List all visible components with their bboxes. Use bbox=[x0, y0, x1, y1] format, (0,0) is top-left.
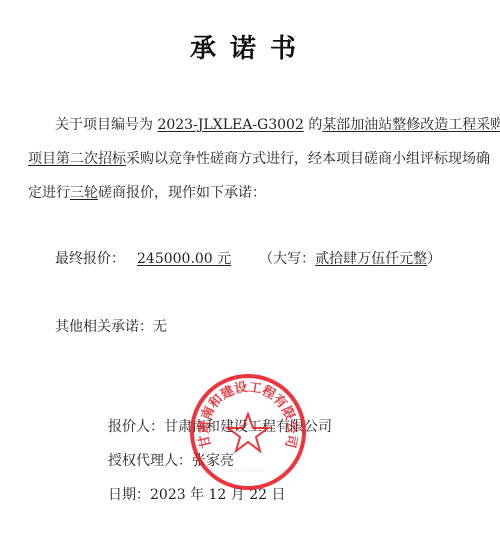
project-name-part2: 项目第二次招标 bbox=[28, 151, 126, 167]
text: 关于项目编号为 bbox=[55, 117, 153, 133]
bidder-row: 报价人：甘肃南和建设工程有限公司 bbox=[108, 418, 332, 436]
date-label: 日期： bbox=[108, 487, 150, 503]
other-value: 无 bbox=[153, 319, 167, 335]
date-row: 日期：2023 年 12 月 22 日 bbox=[108, 486, 286, 504]
document-page: 承诺书 关于项目编号为 2023-JLXLEA-G3002 的某部加油站整修改造… bbox=[0, 0, 500, 539]
text: 磋商报价，现作如下承诺： bbox=[98, 185, 266, 201]
uppercase-open: （大写： bbox=[259, 251, 315, 267]
agent-label: 授权代理人： bbox=[108, 453, 192, 469]
paragraph-line-2: 项目第二次招标采购以竞争性磋商方式进行，经本项目磋商小组评标现场确 bbox=[28, 150, 490, 168]
rounds: 三轮 bbox=[70, 185, 98, 201]
project-number: 2023-JLXLEA-G3002 bbox=[157, 117, 303, 133]
seal-text: 甘肃南和建设工程有限公司 bbox=[196, 379, 301, 449]
svg-text:甘肃南和建设工程有限公司: 甘肃南和建设工程有限公司 bbox=[196, 379, 301, 449]
document-title: 承诺书 bbox=[0, 28, 500, 65]
bidder-label: 报价人： bbox=[108, 419, 164, 435]
other-commitments-row: 其他相关承诺：无 bbox=[55, 318, 167, 336]
text: 采购以竞争性磋商方式进行，经本项目磋商小组评标现场确 bbox=[126, 151, 490, 167]
agent-row: 授权代理人：张家亮 bbox=[108, 452, 234, 470]
price-amount: 245000.00 元 bbox=[137, 251, 231, 267]
svg-text:· · · · · · · · · · ·: · · · · · · · · · · · bbox=[231, 468, 265, 474]
price-uppercase: 贰拾肆万伍仟元整 bbox=[315, 251, 427, 267]
text: 的 bbox=[308, 117, 322, 133]
date-value: 2023 年 12 月 22 日 bbox=[150, 487, 286, 503]
other-label: 其他相关承诺： bbox=[55, 319, 153, 335]
agent-value: 张家亮 bbox=[192, 453, 234, 469]
price-label: 最终报价： bbox=[55, 251, 125, 267]
uppercase-close: ） bbox=[427, 251, 441, 267]
text: 定进行 bbox=[28, 185, 70, 201]
project-name-part1: 某部加油站整修改造工程采购 bbox=[322, 117, 500, 133]
paragraph-line-3: 定进行三轮磋商报价，现作如下承诺： bbox=[28, 184, 266, 202]
bidder-value: 甘肃南和建设工程有限公司 bbox=[164, 419, 332, 435]
final-price-row: 最终报价：245000.00 元（大写：贰拾肆万伍仟元整） bbox=[55, 250, 441, 268]
paragraph-line-1: 关于项目编号为 2023-JLXLEA-G3002 的某部加油站整修改造工程采购 bbox=[55, 116, 500, 134]
